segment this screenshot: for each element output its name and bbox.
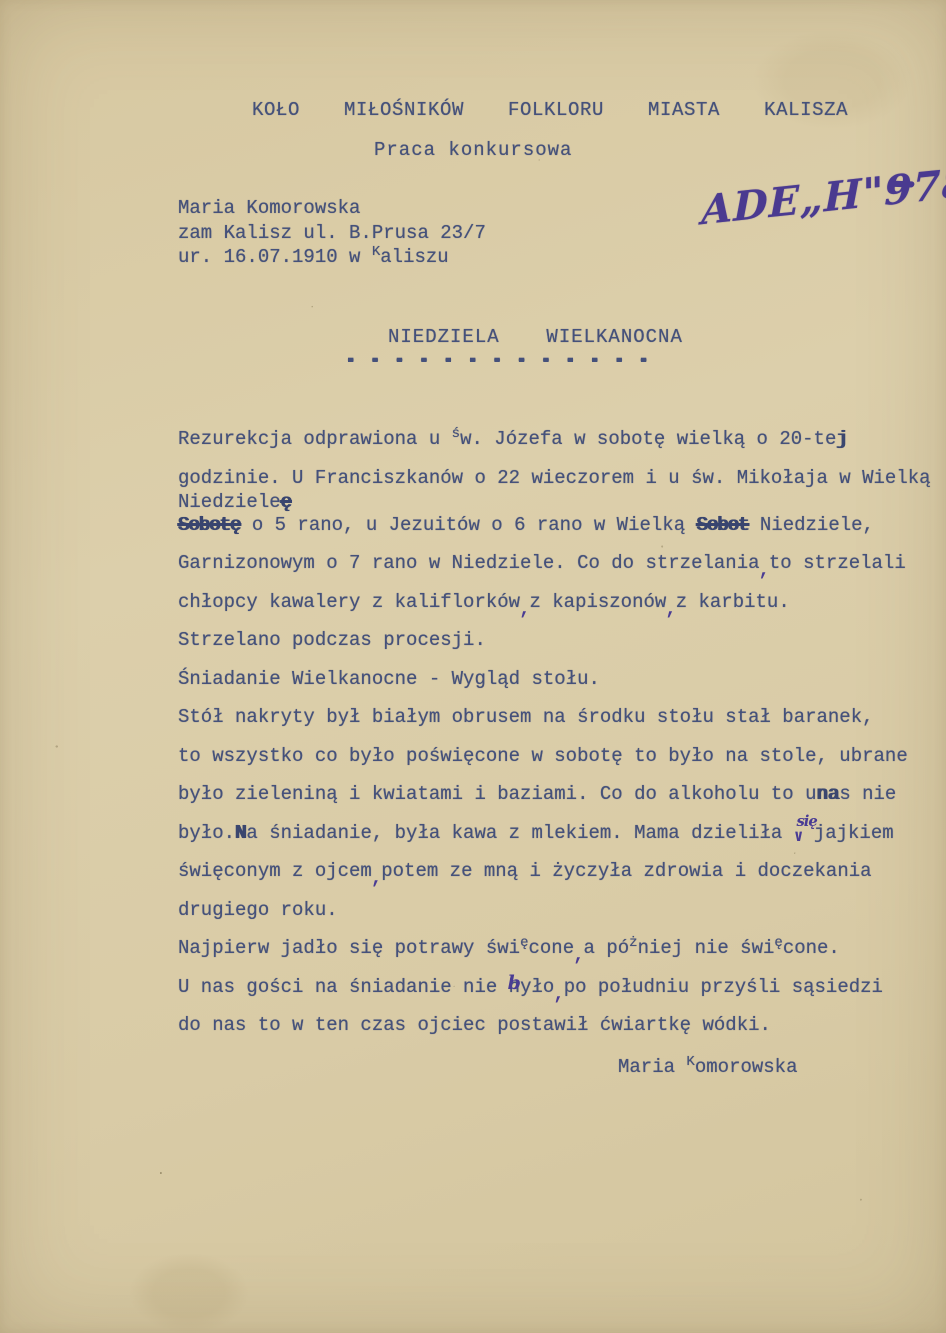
segment-sup: ś: [452, 426, 460, 442]
document-header-subtitle: Praca konkursowa: [374, 139, 572, 161]
segment-inkcomma: ,: [573, 944, 584, 966]
segment-text: Maria Komorowska: [178, 197, 360, 219]
segment-inkcomma: ,: [553, 983, 564, 1005]
segment-text: Najpierw jadło się potrawy świ: [178, 937, 520, 959]
segment-text: a pó: [584, 937, 630, 959]
segment-text: Niedziele,: [749, 514, 874, 536]
segment-text: aliszu: [380, 246, 448, 268]
body-line-14: drugiego roku.: [178, 891, 946, 930]
segment-overtype: N: [235, 822, 246, 844]
segment-text: święconym z ojcem: [178, 860, 372, 882]
body-line-8: Śniadanie Wielkanocne - Wygląd stołu.: [178, 660, 946, 699]
segment-inkcomma: ,: [519, 598, 530, 620]
segment-text: niej nie świ: [638, 937, 775, 959]
body-line-9: Stół nakryty był białym obrusem na środk…: [178, 698, 946, 737]
segment-text: a śniadanie, była kawa z mlekiem. Mama d…: [246, 822, 793, 844]
segment-text: z kapiszonów: [529, 591, 666, 613]
address-line-2: zam Kalisz ul. B.Prusa 23/7: [178, 221, 486, 246]
segment-text: Maria: [618, 1056, 686, 1078]
annotation-text: ADE„H"978/5: [701, 154, 946, 234]
segment-text: zam Kalisz ul. B.Prusa 23/7: [178, 222, 486, 244]
segment-text: drugiego roku.: [178, 899, 338, 921]
document-page: KOŁO MIŁOŚNIKÓW FOLKLORU MIASTA KALISZA …: [0, 0, 946, 1333]
segment-text: po południu przyśli sąsiedzi: [564, 976, 883, 998]
segment-sup: ę: [520, 935, 528, 951]
segment-text: cone.: [783, 937, 840, 959]
segment-text: yło: [520, 976, 554, 998]
segment-handcaret: ∨: [794, 828, 804, 846]
segment-handsup: się: [796, 813, 816, 830]
segment-strike: Sobotę: [178, 514, 240, 536]
body-line-2: godzinie. U Franciszkanów o 22 wieczorem…: [178, 459, 946, 498]
segment-text: było zieleniną i kwiatami i baziami. Co …: [178, 783, 817, 805]
segment-text: Śniadanie Wielkanocne - Wygląd stołu.: [178, 668, 600, 690]
segment-text: do nas to w ten czas ojciec postawił ćwi…: [178, 1014, 771, 1036]
segment-text: Rezurekcja odprawiona u: [178, 428, 452, 450]
segment-text: to wszystko co było poświęcone w sobotę …: [178, 745, 908, 767]
segment-inkcomma: ,: [371, 867, 382, 889]
segment-overtype: j: [836, 428, 847, 450]
address-line-1: Maria Komorowska: [178, 196, 486, 221]
body-line-16: U nas gości na śniadanie nie hbyło,po po…: [178, 968, 946, 1007]
segment-text: Strzelano podczas procesji.: [178, 629, 486, 651]
address-line-3: ur. 16.07.1910 w Kaliszu: [178, 245, 486, 270]
segment-text: cone: [529, 937, 575, 959]
segment-text: s nie: [839, 783, 896, 805]
body-line-4: Sobotę o 5 rano, u Jezuitów o 6 rano w W…: [178, 506, 946, 545]
body-line-6: chłopcy kawalery z kaliflorków,z kapiszo…: [178, 583, 946, 622]
segment-sup: ż: [629, 935, 637, 951]
segment-text: ur. 16.07.1910 w: [178, 246, 372, 268]
body-line-11: było zieleniną i kwiatami i baziami. Co …: [178, 775, 946, 814]
body-line-13: święconym z ojcem,potem ze mną i życzyła…: [178, 852, 946, 891]
segment-inkcomma: ,: [759, 559, 770, 581]
body-line-12: było.Na śniadanie, była kawa z mlekiem. …: [178, 814, 946, 853]
segment-sup: K: [372, 244, 380, 260]
handwritten-archive-annotation: ADE„H"978/5: [642, 107, 946, 335]
segment-sup: K: [686, 1054, 694, 1070]
segment-text: potem ze mną i życzyła zdrowia i doczeka…: [381, 860, 871, 882]
hand-correction-overlay: b: [508, 964, 521, 1003]
signature-line: Maria Komorowska: [618, 1048, 797, 1086]
segment-text: to strzelali: [769, 552, 906, 574]
address-block: Maria Komorowskazam Kalisz ul. B.Prusa 2…: [178, 196, 486, 270]
body-line-15: Najpierw jadło się potrawy święcone,a pó…: [178, 929, 946, 968]
body-line-5: Garnizonowym o 7 rano w Niedziele. Co do…: [178, 544, 946, 583]
segment-sup: ę: [774, 935, 782, 951]
body-line-1: Rezurekcja odprawiona u św. Józefa w sob…: [178, 420, 946, 459]
body-line-10: to wszystko co było poświęcone w sobotę …: [178, 737, 946, 776]
segment-text: U nas gości na śniadanie nie: [178, 976, 509, 998]
segment-inkcomma: ,: [665, 598, 676, 620]
segment-text: jajkiem: [814, 822, 894, 844]
segment-text: o 5 rano, u Jezuitów o 6 rano w Wielką: [240, 514, 696, 536]
annotation-underline-stroke: [888, 181, 914, 188]
body-line-17: do nas to w ten czas ojciec postawił ćwi…: [178, 1006, 946, 1045]
title-dashed-underline: - - - - - - - - - - - - -: [345, 349, 650, 371]
body-line-7: Strzelano podczas procesji.: [178, 621, 946, 660]
document-header-org: KOŁO MIŁOŚNIKÓW FOLKLORU MIASTA KALISZA: [252, 99, 848, 121]
document-title: NIEDZIELA WIELKANOCNA: [388, 326, 683, 348]
segment-text: było.: [178, 822, 235, 844]
segment-handover: hb: [509, 968, 520, 1007]
segment-text: z karbitu.: [676, 591, 790, 613]
segment-text: chłopcy kawalery z kaliflorków: [178, 591, 520, 613]
segment-text: Stół nakryty był białym obrusem na środk…: [178, 706, 874, 728]
segment-overtype: na: [817, 783, 840, 805]
segment-strike: Sobot: [697, 514, 749, 536]
body-text: Rezurekcja odprawiona u św. Józefa w sob…: [178, 420, 946, 1045]
segment-text: Garnizonowym o 7 rano w Niedziele. Co do…: [178, 552, 760, 574]
segment-text: w. Józefa w sobotę wielką o 20-te: [460, 428, 836, 450]
signature-1: Maria Komorowska: [618, 1048, 797, 1086]
segment-text: omorowska: [695, 1056, 798, 1078]
